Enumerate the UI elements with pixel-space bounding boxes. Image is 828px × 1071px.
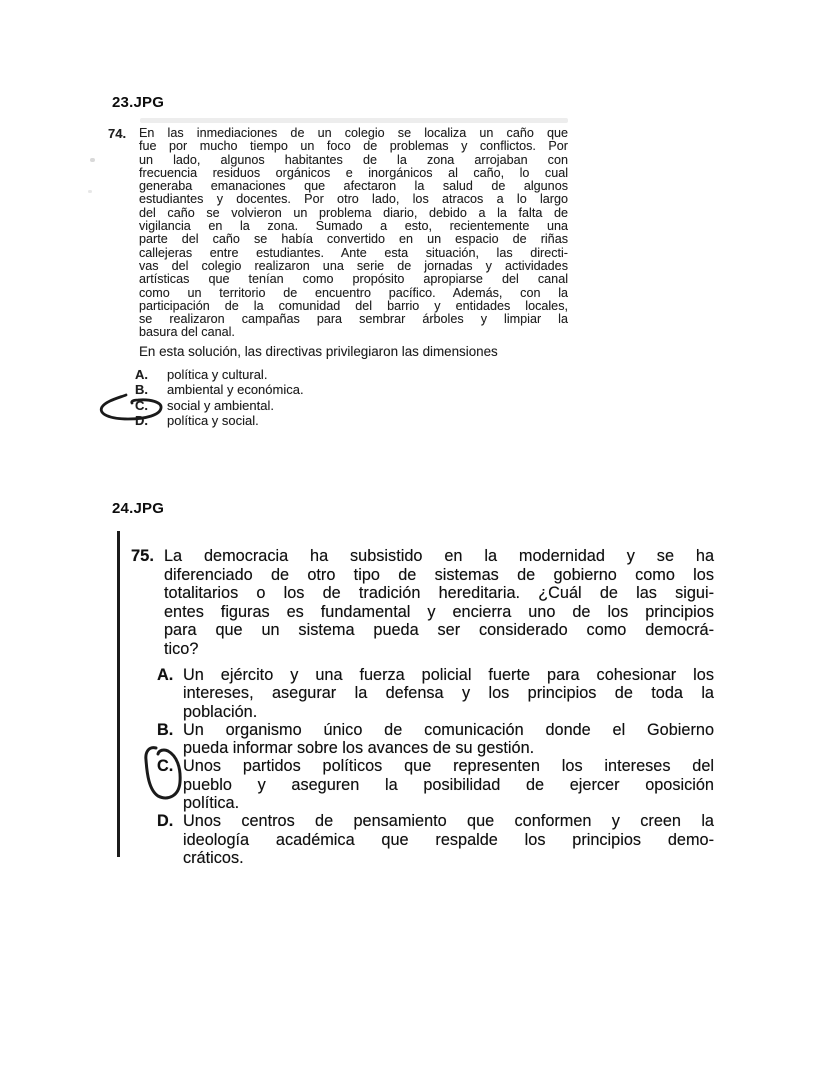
pen-circle-annotation-75c	[142, 744, 188, 804]
text-line: Un organismo único de comunicación donde…	[183, 721, 714, 739]
text-line: Unos centros de pensamiento que conforme…	[183, 812, 714, 830]
text-line: vas del colegio realizaron una serie de …	[139, 260, 568, 273]
question-74-options: A. política y cultural. B. ambiental y e…	[135, 367, 567, 429]
scan-speck	[88, 190, 92, 193]
text-line: En las inmediaciones de un colegio se lo…	[139, 127, 568, 140]
pen-circle-annotation-74c	[98, 392, 170, 424]
option-text: ambiental y económica.	[167, 382, 304, 397]
scan-artifact-band	[140, 118, 568, 123]
text-line: como un territorio de encuentro pacífico…	[139, 287, 568, 300]
text-line: intereses, asegurar la defensa y los pri…	[183, 684, 714, 702]
text-line: entes figuras es fundamental y encierra …	[164, 603, 714, 622]
question-74-stem: En esta solución, las directivas privile…	[139, 344, 569, 359]
option-text: Unos centros de pensamiento que conforme…	[183, 812, 714, 867]
text-line: cráticos.	[183, 849, 714, 867]
question-75-number: 75.	[131, 547, 164, 658]
text-line: un lado, algunos habitantes de la zona a…	[139, 154, 568, 167]
option-letter: D.	[157, 812, 183, 867]
option-75-c: C. Unos partidos políticos que represent…	[157, 757, 714, 812]
text-line: estudiantes y docentes. Por otro lado, l…	[139, 193, 568, 206]
text-line: vigilancia en la zona. Sumado a esto, re…	[139, 220, 568, 233]
option-letter: A.	[135, 367, 167, 382]
text-line: diferenciado de otro tipo de sistemas de…	[164, 566, 714, 585]
scan-speck	[90, 158, 95, 162]
file-label-23jpg: 23.JPG	[112, 94, 164, 111]
text-line: ideología académica que respalde los pri…	[183, 831, 714, 849]
scan-border-line	[117, 531, 120, 857]
option-75-b: B. Un organismo único de comunicación do…	[157, 721, 714, 758]
text-line: parte del caño se había convertido en un…	[139, 233, 568, 246]
text-line: del caño se volvieron un problema diario…	[139, 207, 568, 220]
option-letter: A.	[157, 666, 183, 721]
option-text: Unos partidos políticos que representen …	[183, 757, 714, 812]
text-line: participación de la comunidad del barrio…	[139, 300, 568, 313]
text-line: artísticas que tenían como propósito apr…	[139, 273, 568, 286]
question-74-body: En las inmediaciones de un colegio se lo…	[139, 127, 568, 340]
text-line: generaba emanaciones que afectaron la sa…	[139, 180, 568, 193]
text-line: pueblo y aseguren la posibilidad de ejer…	[183, 776, 714, 794]
text-line: Un ejército y una fuerza policial fuerte…	[183, 666, 714, 684]
text-line: para que un sistema pueda ser considerad…	[164, 621, 714, 640]
text-line: tico?	[164, 640, 714, 659]
option-text: social y ambiental.	[167, 398, 274, 413]
question-75-body: La democracia ha subsistido en la modern…	[164, 547, 714, 658]
text-line: pueda informar sobre los avances de su g…	[183, 739, 714, 757]
text-line: La democracia ha subsistido en la modern…	[164, 547, 714, 566]
option-text: Un ejército y una fuerza policial fuerte…	[183, 666, 714, 721]
text-line: población.	[183, 703, 714, 721]
question-75: 75. La democracia ha subsistido en la mo…	[131, 547, 714, 658]
option-text: Un organismo único de comunicación donde…	[183, 721, 714, 758]
question-75-options: A. Un ejército y una fuerza policial fue…	[157, 666, 714, 867]
question-74: 74. En las inmediaciones de un colegio s…	[108, 127, 570, 340]
option-74-b: B. ambiental y económica.	[135, 382, 567, 397]
text-line: frecuencia residuos orgánicos e inorgáni…	[139, 167, 568, 180]
scanned-document-page: { "page": { "background": "#ffffff", "in…	[0, 0, 828, 1071]
option-text: política y social.	[167, 413, 259, 428]
text-line: se realizaron campañas para sembrar árbo…	[139, 313, 568, 326]
option-text: política y cultural.	[167, 367, 267, 382]
option-75-a: A. Un ejército y una fuerza policial fue…	[157, 666, 714, 721]
text-line: Unos partidos políticos que representen …	[183, 757, 714, 775]
option-74-a: A. política y cultural.	[135, 367, 567, 382]
text-line: fue por mucho tiempo un foco de problema…	[139, 140, 568, 153]
option-75-d: D. Unos centros de pensamiento que confo…	[157, 812, 714, 867]
text-line: totalitarios o los de tradición heredita…	[164, 584, 714, 603]
option-74-d: D. política y social.	[135, 413, 567, 428]
file-label-24jpg: 24.JPG	[112, 500, 164, 517]
option-74-c: C. social y ambiental.	[135, 398, 567, 413]
question-74-number: 74.	[108, 127, 139, 340]
text-line: callejeras entre estudiantes. Ante esta …	[139, 247, 568, 260]
text-line: basura del canal.	[139, 326, 568, 339]
text-line: política.	[183, 794, 714, 812]
